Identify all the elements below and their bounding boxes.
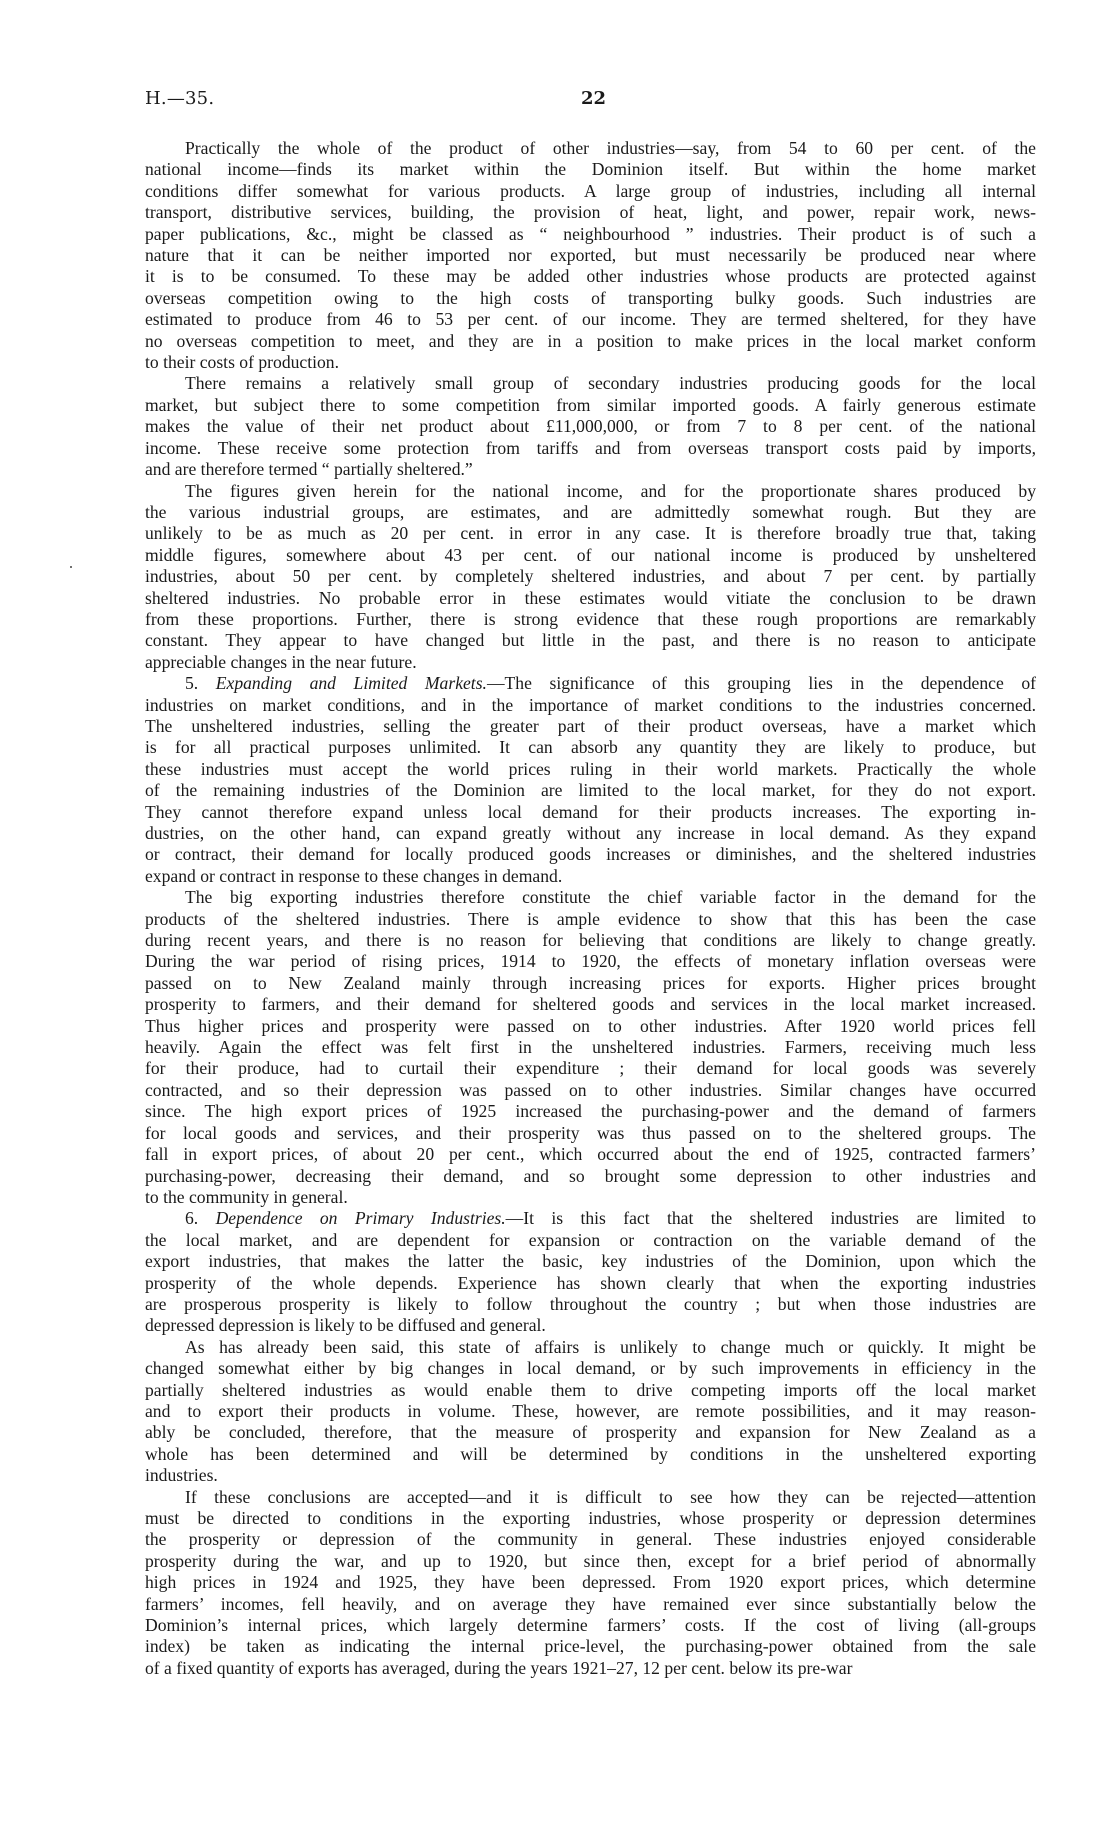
text-line: changed somewhat either by big changes i… — [145, 1358, 1036, 1379]
section-number: 6. — [185, 1208, 216, 1228]
text-line: products of the sheltered industries. Th… — [145, 909, 1036, 930]
section-title: Expanding and Limited Markets. — [216, 673, 487, 693]
text-line: 6. Dependence on Primary Industries.—It … — [145, 1208, 1036, 1229]
text-line: national income—finds its market within … — [145, 159, 1036, 180]
text-line: Thus higher prices and prosperity were p… — [145, 1016, 1036, 1037]
section-paragraph: 6. Dependence on Primary Industries.—It … — [145, 1208, 1036, 1336]
text-line: index) be taken as indicating the intern… — [145, 1636, 1036, 1657]
text-line: industries, about 50 per cent. by comple… — [145, 566, 1036, 587]
text-line: the various industrial groups, are estim… — [145, 502, 1036, 523]
text-line: sheltered industries. No probable error … — [145, 588, 1036, 609]
text-line: conditions differ somewhat for various p… — [145, 181, 1036, 202]
scan-speck — [70, 566, 72, 568]
text-line: for local goods and services, and their … — [145, 1123, 1036, 1144]
document-reference: H.—35. — [145, 88, 214, 109]
text-line: 5. Expanding and Limited Markets.—The si… — [145, 673, 1036, 694]
text-line: export industries, that makes the latter… — [145, 1251, 1036, 1272]
text-line: industries. — [145, 1465, 1036, 1486]
paragraph: There remains a relatively small group o… — [145, 373, 1036, 480]
text-line: passed on to New Zealand mainly through … — [145, 973, 1036, 994]
text-line: The big exporting industries therefore c… — [145, 887, 1036, 908]
text-line: unlikely to be as much as 20 per cent. i… — [145, 523, 1036, 544]
text-line: since. The high export prices of 1925 in… — [145, 1101, 1036, 1122]
paragraph: The figures given herein for the nationa… — [145, 481, 1036, 674]
text-line: middle figures, somewhere about 43 per c… — [145, 545, 1036, 566]
text-line: estimated to produce from 46 to 53 per c… — [145, 309, 1036, 330]
text-line: depressed depression is likely to be dif… — [145, 1315, 1036, 1336]
text-line: to their costs of production. — [145, 352, 1036, 373]
text-line: fall in export prices, of about 20 per c… — [145, 1144, 1036, 1165]
text-line: overseas competition owing to the high c… — [145, 288, 1036, 309]
text-line: during recent years, and there is no rea… — [145, 930, 1036, 951]
text-line: constant. They appear to have changed bu… — [145, 630, 1036, 651]
text-line: makes the value of their net product abo… — [145, 416, 1036, 437]
text-line: prosperity to farmers, and their demand … — [145, 994, 1036, 1015]
text-line: transport, distributive services, buildi… — [145, 202, 1036, 223]
text-line: from these proportions. Further, there i… — [145, 609, 1036, 630]
paragraph: As has already been said, this state of … — [145, 1337, 1036, 1487]
text-line: and to export their products in volume. … — [145, 1401, 1036, 1422]
text-line: the prosperity or depression of the comm… — [145, 1529, 1036, 1550]
text-line: The unsheltered industries, selling the … — [145, 716, 1036, 737]
paragraph: Practically the whole of the product of … — [145, 138, 1036, 373]
section-paragraph: 5. Expanding and Limited Markets.—The si… — [145, 673, 1036, 887]
page-header: H.—35. 22 — [145, 88, 1036, 112]
text-line: prosperity of the whole depends. Experie… — [145, 1273, 1036, 1294]
text-line: of the remaining industries of the Domin… — [145, 780, 1036, 801]
text-line: During the war period of rising prices, … — [145, 951, 1036, 972]
text-line: They cannot therefore expand unless loca… — [145, 802, 1036, 823]
text-line: are prosperous prosperity is likely to f… — [145, 1294, 1036, 1315]
text-line: Practically the whole of the product of … — [145, 138, 1036, 159]
text-line: for their produce, had to curtail their … — [145, 1058, 1036, 1079]
text-line: If these conclusions are accepted—and it… — [145, 1487, 1036, 1508]
text-line: these industries must accept the world p… — [145, 759, 1036, 780]
text-line: partially sheltered industries as would … — [145, 1380, 1036, 1401]
text-line: and are therefore termed “ partially she… — [145, 459, 1036, 480]
text-line: The figures given herein for the nationa… — [145, 481, 1036, 502]
text-line: no overseas competition to meet, and the… — [145, 331, 1036, 352]
text-line: ably be concluded, therefore, that the m… — [145, 1422, 1036, 1443]
text-line: There remains a relatively small group o… — [145, 373, 1036, 394]
document-body: Practically the whole of the product of … — [145, 138, 1036, 1679]
text-line: nature that it can be neither imported n… — [145, 245, 1036, 266]
section-number: 5. — [185, 673, 216, 693]
text-line: appreciable changes in the near future. — [145, 652, 1036, 673]
text-line: market, but subject there to some compet… — [145, 395, 1036, 416]
section-title: Dependence on Primary Industries. — [216, 1208, 506, 1228]
text-line: contracted, and so their depression was … — [145, 1080, 1036, 1101]
text-line: Dominion’s internal prices, which largel… — [145, 1615, 1036, 1636]
page-number: 22 — [581, 88, 606, 109]
text-line: must be directed to conditions in the ex… — [145, 1508, 1036, 1529]
paragraph: The big exporting industries therefore c… — [145, 887, 1036, 1208]
text-line: industries on market conditions, and in … — [145, 695, 1036, 716]
text-line: heavily. Again the effect was felt first… — [145, 1037, 1036, 1058]
text-line: whole has been determined and will be de… — [145, 1444, 1036, 1465]
text-line: is for all practical purposes unlimited.… — [145, 737, 1036, 758]
text-line: expand or contract in response to these … — [145, 866, 1036, 887]
text-line: paper publications, &c., might be classe… — [145, 224, 1036, 245]
text-line: dustries, on the other hand, can expand … — [145, 823, 1036, 844]
text-line: high prices in 1924 and 1925, they have … — [145, 1572, 1036, 1593]
text-line: As has already been said, this state of … — [145, 1337, 1036, 1358]
text-line: prosperity during the war, and up to 192… — [145, 1551, 1036, 1572]
text-line: to the community in general. — [145, 1187, 1036, 1208]
text-line: purchasing-power, decreasing their deman… — [145, 1166, 1036, 1187]
text-line: of a fixed quantity of exports has avera… — [145, 1658, 1036, 1679]
text-line: or contract, their demand for locally pr… — [145, 844, 1036, 865]
text-line: income. These receive some protection fr… — [145, 438, 1036, 459]
text-line: the local market, and are dependent for … — [145, 1230, 1036, 1251]
text-line: farmers’ incomes, fell heavily, and on a… — [145, 1594, 1036, 1615]
paragraph: If these conclusions are accepted—and it… — [145, 1487, 1036, 1680]
text-line: it is to be consumed. To these may be ad… — [145, 266, 1036, 287]
